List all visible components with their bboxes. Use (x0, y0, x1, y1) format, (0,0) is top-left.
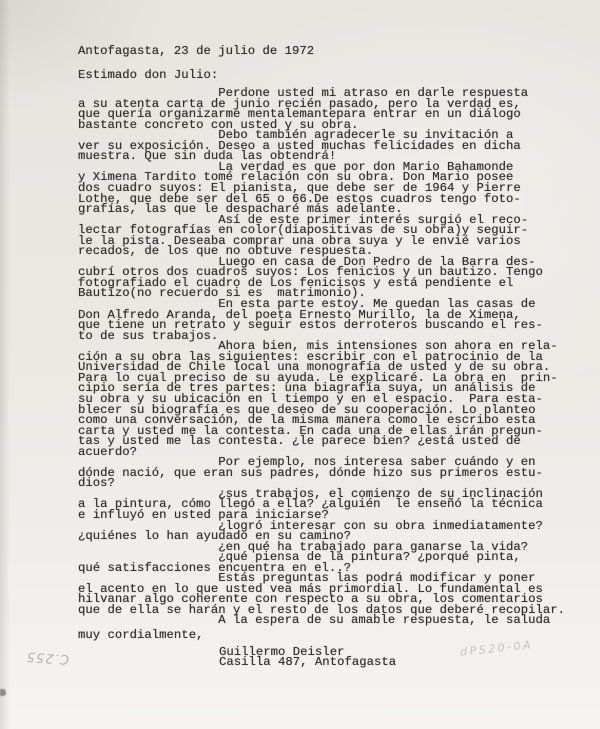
scan-edge-shadow (0, 0, 10, 729)
letter-body: Perdone usted mi atraso en darle respues… (78, 88, 590, 626)
scanned-letter-page: { "document": { "dateline": "Antofagasta… (0, 0, 600, 729)
signature-address: Casilla 487, Antofagasta (78, 657, 590, 668)
letter: Antofagasta, 23 de julio de 1972 Estimad… (78, 46, 590, 668)
scan-edge-nick (0, 689, 6, 696)
valediction: muy cordialmente, (78, 630, 590, 641)
salutation: Estimado don Julio: (78, 70, 590, 81)
pencil-mark-bottom-left: C.255 (26, 649, 70, 667)
dateline: Antofagasta, 23 de julio de 1972 (78, 46, 590, 57)
